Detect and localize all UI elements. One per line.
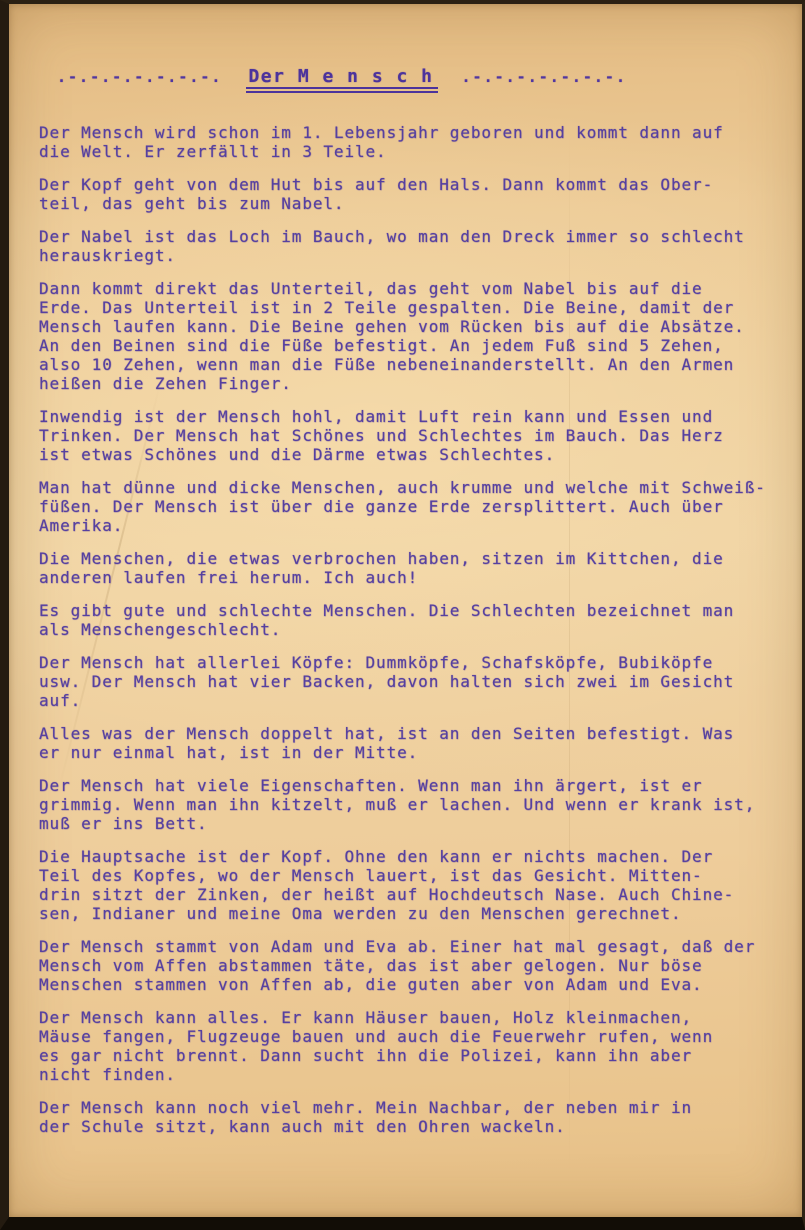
paragraph-duenne-dicke: Man hat dünne und dicke Menschen, auch k… xyxy=(39,478,780,535)
paper-sheet: .-.-.-.-.-.-.-. Der M e n s c h .-.-.-.-… xyxy=(9,4,802,1217)
paragraph-hauptsache-kopf: Die Hauptsache ist der Kopf. Ohne den ka… xyxy=(39,847,780,923)
paragraph-unterteil: Dann kommt direkt das Unterteil, das geh… xyxy=(39,279,780,393)
paragraph-eigenschaften: Der Mensch hat viele Eigenschaften. Wenn… xyxy=(39,776,780,833)
title-row: .-.-.-.-.-.-.-. Der M e n s c h .-.-.-.-… xyxy=(39,66,780,93)
paragraph-inwendig: Inwendig ist der Mensch hohl, damit Luft… xyxy=(39,407,780,464)
page-title: Der M e n s c h xyxy=(246,66,437,93)
typewritten-content: .-.-.-.-.-.-.-. Der M e n s c h .-.-.-.-… xyxy=(9,4,802,1136)
paragraph-kittchen: Die Menschen, die etwas verbrochen haben… xyxy=(39,549,780,587)
paragraph-kann-alles: Der Mensch kann alles. Er kann Häuser ba… xyxy=(39,1008,780,1084)
paragraph-nachbar: Der Mensch kann noch viel mehr. Mein Nac… xyxy=(39,1098,780,1136)
title-decoration-right: .-.-.-.-.-.-.-. xyxy=(462,68,627,86)
title-decoration-left: .-.-.-.-.-.-.-. xyxy=(57,68,222,86)
paragraph-kopf: Der Kopf geht von dem Hut bis auf den Ha… xyxy=(39,175,780,213)
scanned-document-page: .-.-.-.-.-.-.-. Der M e n s c h .-.-.-.-… xyxy=(0,0,805,1230)
paragraph-birth: Der Mensch wird schon im 1. Lebensjahr g… xyxy=(39,123,780,161)
paragraph-gute-schlechte: Es gibt gute und schlechte Menschen. Die… xyxy=(39,601,780,639)
paragraph-koepfe: Der Mensch hat allerlei Köpfe: Dummköpfe… xyxy=(39,653,780,710)
paragraph-doppelt: Alles was der Mensch doppelt hat, ist an… xyxy=(39,724,780,762)
paragraph-nabel: Der Nabel ist das Loch im Bauch, wo man … xyxy=(39,227,780,265)
paragraph-adam-eva: Der Mensch stammt von Adam und Eva ab. E… xyxy=(39,937,780,994)
